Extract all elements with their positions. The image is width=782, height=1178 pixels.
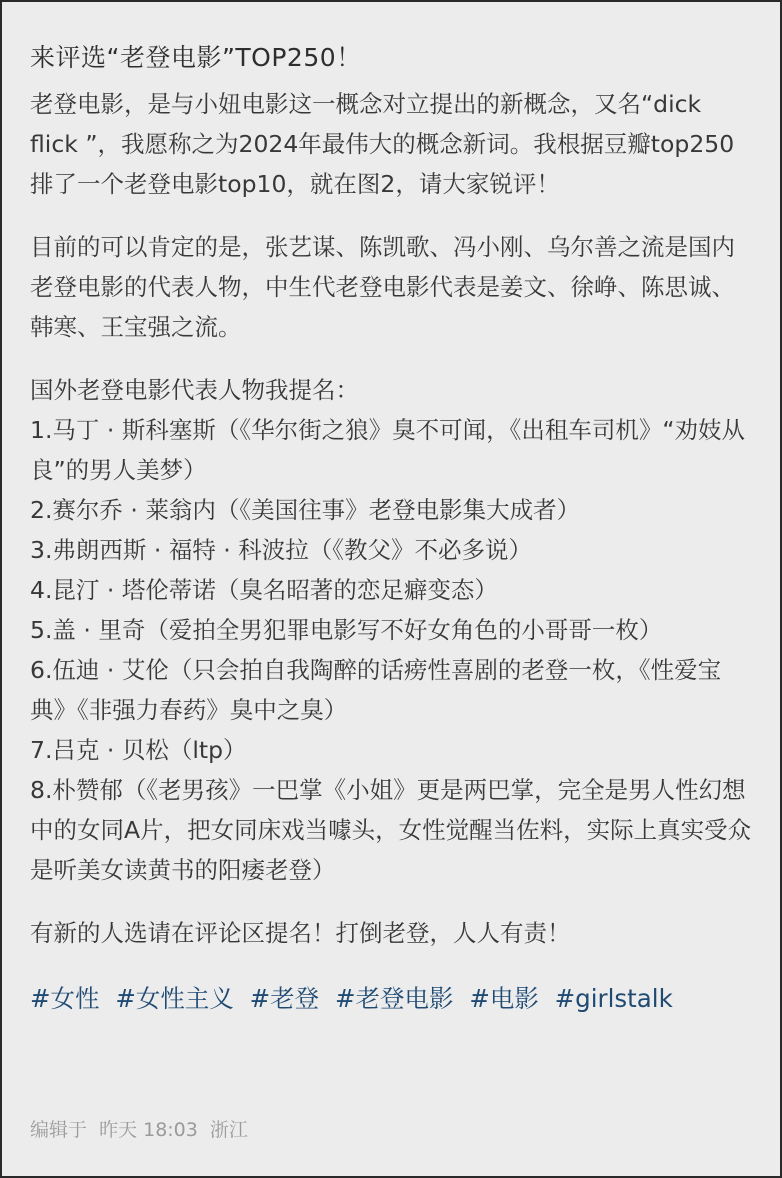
list-item: 1.马丁 · 斯科塞斯（《华尔街之狼》臭不可闻，《出租车司机》“劝妓从良”的男人… <box>30 410 752 490</box>
list-item: 3.弗朗西斯 · 福特 · 科波拉（《教父》不必多说） <box>30 530 752 570</box>
hashtag-link[interactable]: #girlstalk <box>555 984 673 1013</box>
edit-time: 昨天 18:03 <box>99 1119 198 1141</box>
hashtag-row: #女性 #女性主义 #老登 #老登电影 #电影 #girlstalk <box>30 979 752 1019</box>
post-paragraph-2: 目前的可以肯定的是，张艺谋、陈凯歌、冯小刚、乌尔善之流是国内老登电影的代表人物，… <box>30 227 752 347</box>
post-card: 来评选“老登电影”TOP250！ 老登电影，是与小妞电影这一概念对立提出的新概念… <box>0 0 782 1178</box>
hashtag-link[interactable]: #女性 <box>30 984 100 1013</box>
post-meta: 编辑于 昨天 18:03 浙江 <box>30 1115 254 1142</box>
list-item: 2.赛尔乔 · 莱翁内（《美国往事》老登电影集大成者） <box>30 490 752 530</box>
list-item: 7.吕克 · 贝松（ltp） <box>30 730 752 770</box>
post-title: 来评选“老登电影”TOP250！ <box>30 38 752 78</box>
hashtag-link[interactable]: #电影 <box>469 984 539 1013</box>
list-item: 8.朴赞郁（《老男孩》一巴掌《小姐》更是两巴掌，完全是男人性幻想中的女同A片，把… <box>30 770 752 890</box>
list-intro: 国外老登电影代表人物我提名： <box>30 370 752 410</box>
closing-text: 有新的人选请在评论区提名！打倒老登，人人有责！ <box>30 913 752 953</box>
hashtag-link[interactable]: #女性主义 <box>115 984 234 1013</box>
edited-label: 编辑于 <box>30 1119 87 1141</box>
list-item: 5.盖 · 里奇（爱拍全男犯罪电影写不好女角色的小哥哥一枚） <box>30 610 752 650</box>
location: 浙江 <box>210 1119 248 1141</box>
list-item: 4.昆汀 · 塔伦蒂诺（臭名昭著的恋足癖变态） <box>30 570 752 610</box>
nominee-list: 1.马丁 · 斯科塞斯（《华尔街之狼》臭不可闻，《出租车司机》“劝妓从良”的男人… <box>30 410 752 890</box>
post-paragraph-1: 老登电影，是与小妞电影这一概念对立提出的新概念，又名“dick flick ”，… <box>30 84 752 204</box>
hashtag-link[interactable]: #老登 <box>250 984 320 1013</box>
hashtag-link[interactable]: #老登电影 <box>335 984 454 1013</box>
list-item: 6.伍迪 · 艾伦（只会拍自我陶醉的话痨性喜剧的老登一枚，《性爱宝典》《非强力春… <box>30 650 752 730</box>
